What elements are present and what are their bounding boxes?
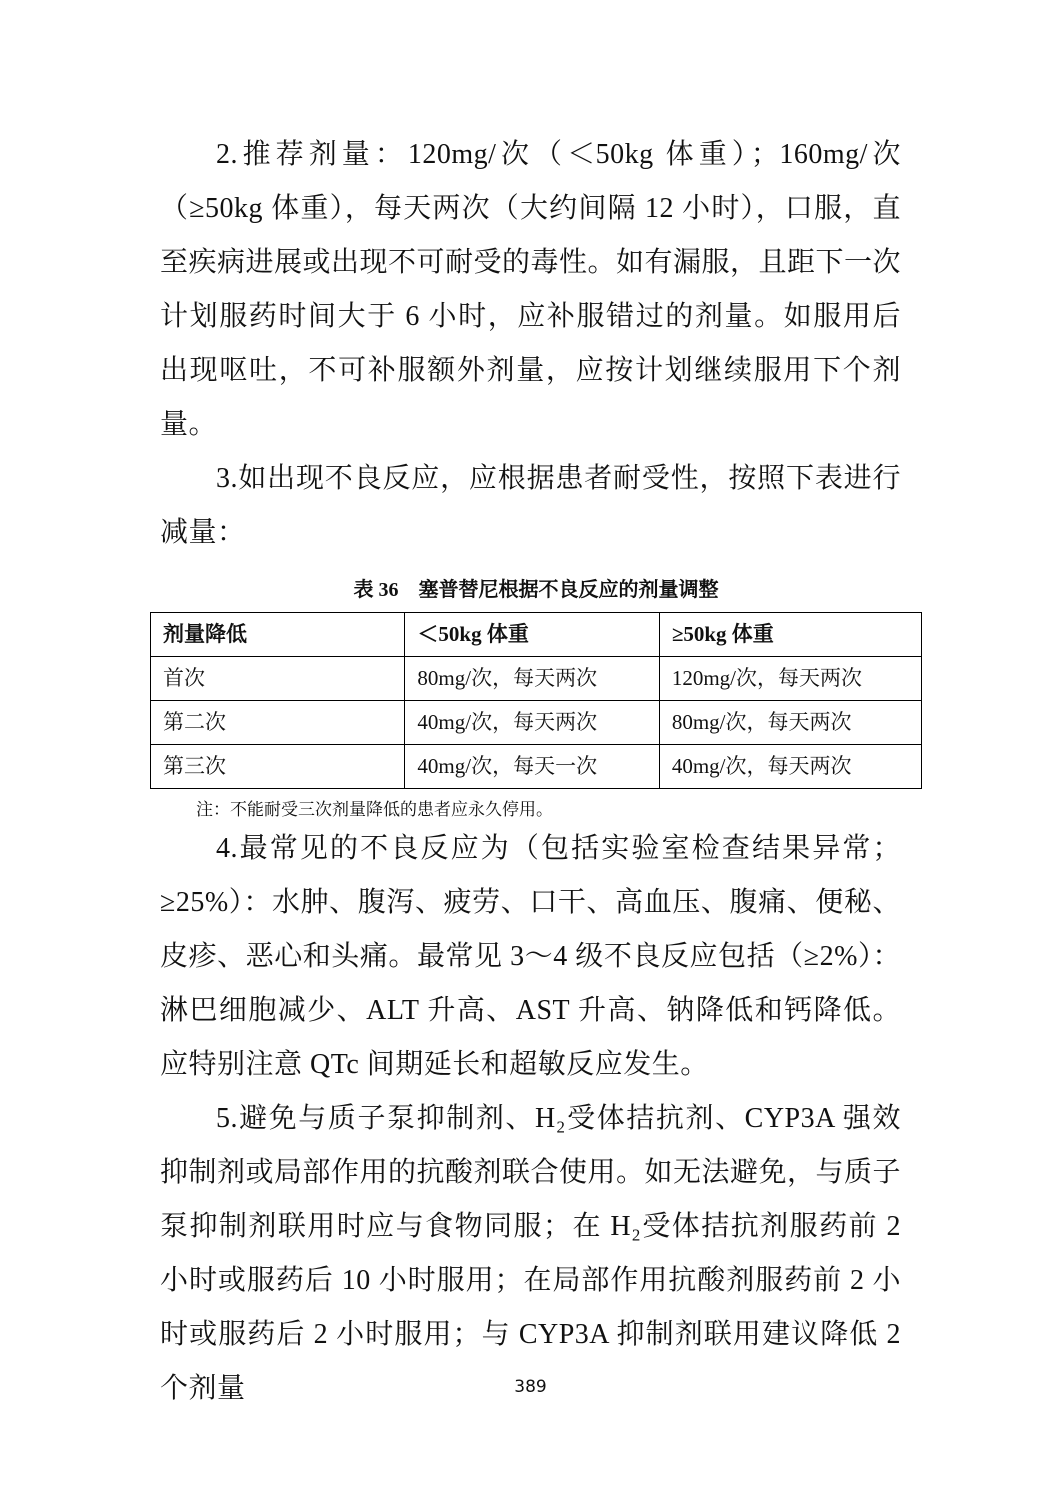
paragraph-drug-interactions: 5.避免与质子泵抑制剂、H₂受体拮抗剂、CYP3A 强效抑制剂或局部作用的抗酸剂… — [160, 1092, 901, 1416]
table-cell: 40mg/次，每天两次 — [659, 745, 921, 789]
table-cell: 第二次 — [151, 701, 405, 745]
table-cell: 120mg/次，每天两次 — [659, 657, 921, 701]
table-header-row: 剂量降低 ＜50kg 体重 ≥50kg 体重 — [151, 613, 922, 657]
table-cell: 80mg/次，每天两次 — [405, 657, 659, 701]
table-cell: 80mg/次，每天两次 — [659, 701, 921, 745]
paragraph-adverse-reactions: 4.最常见的不良反应为（包括实验室检查结果异常；≥25%）：水肿、腹泻、疲劳、口… — [160, 822, 901, 1092]
table-cell: 40mg/次，每天一次 — [405, 745, 659, 789]
table-header-dose-reduction: 剂量降低 — [151, 613, 405, 657]
paragraph-recommended-dose: 2.推荐剂量：120mg/次（＜50kg 体重）；160mg/次（≥50kg 体… — [160, 128, 901, 452]
table-row: 第二次 40mg/次，每天两次 80mg/次，每天两次 — [151, 701, 922, 745]
table-cell: 首次 — [151, 657, 405, 701]
table-row: 第三次 40mg/次，每天一次 40mg/次，每天两次 — [151, 745, 922, 789]
table-cell: 40mg/次，每天两次 — [405, 701, 659, 745]
table-cell: 第三次 — [151, 745, 405, 789]
document-page: 2.推荐剂量：120mg/次（＜50kg 体重）；160mg/次（≥50kg 体… — [0, 0, 1061, 1500]
paragraph-dose-reduction-intro: 3.如出现不良反应，应根据患者耐受性，按照下表进行减量： — [160, 452, 901, 560]
page-number: 389 — [0, 1377, 1061, 1397]
table-footnote: 注：不能耐受三次剂量降低的患者应永久停用。 — [196, 798, 922, 822]
table-header-under-50kg: ＜50kg 体重 — [405, 613, 659, 657]
table-title: 表 36 塞普替尼根据不良反应的剂量调整 — [150, 576, 922, 604]
page-content: 2.推荐剂量：120mg/次（＜50kg 体重）；160mg/次（≥50kg 体… — [160, 128, 901, 1416]
dose-adjustment-table-block: 表 36 塞普替尼根据不良反应的剂量调整 剂量降低 ＜50kg 体重 ≥50kg… — [150, 576, 922, 822]
dose-adjustment-table: 剂量降低 ＜50kg 体重 ≥50kg 体重 首次 80mg/次，每天两次 12… — [150, 612, 922, 789]
table-header-over-50kg: ≥50kg 体重 — [659, 613, 921, 657]
table-row: 首次 80mg/次，每天两次 120mg/次，每天两次 — [151, 657, 922, 701]
